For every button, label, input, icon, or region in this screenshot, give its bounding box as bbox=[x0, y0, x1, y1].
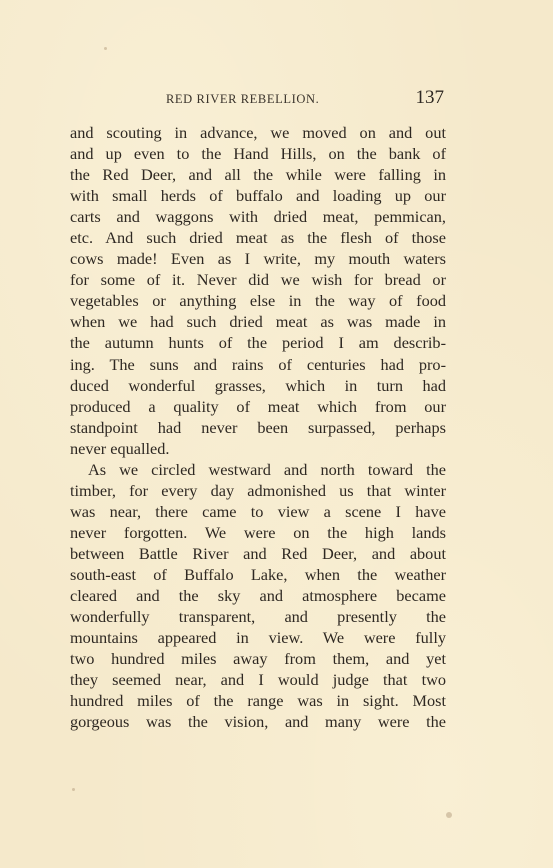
running-head: RED RIVER REBELLION. 137 bbox=[70, 88, 446, 112]
text-line: was near, there came to view a scene I h… bbox=[70, 501, 446, 522]
text-line: gorgeous was the vision, and many were t… bbox=[70, 711, 446, 732]
paragraph-2: As we circled westward and north toward … bbox=[70, 459, 446, 733]
text-line: cows made! Even as I write, my mouth wat… bbox=[70, 248, 446, 269]
text-line: never equalled. bbox=[70, 438, 446, 459]
text-line: carts and waggons with dried meat, pemmi… bbox=[70, 206, 446, 227]
text-line: As we circled westward and north toward … bbox=[70, 459, 446, 480]
text-line: the Red Deer, and all the while were fal… bbox=[70, 164, 446, 185]
text-line: and up even to the Hand Hills, on the ba… bbox=[70, 143, 446, 164]
paper-speck bbox=[72, 788, 75, 791]
body-text: and scouting in advance, we moved on and… bbox=[70, 122, 446, 732]
text-line: ing. The suns and rains of centuries had… bbox=[70, 354, 446, 375]
text-line: never forgotten. We were on the high lan… bbox=[70, 522, 446, 543]
text-line: cleared and the sky and atmosphere becam… bbox=[70, 585, 446, 606]
text-line: etc. And such dried meat as the flesh of… bbox=[70, 227, 446, 248]
text-line: the autumn hunts of the period I am desc… bbox=[70, 332, 446, 353]
paper-speck bbox=[104, 47, 107, 50]
text-line: standpoint had never been surpassed, per… bbox=[70, 417, 446, 438]
text-line: between Battle River and Red Deer, and a… bbox=[70, 543, 446, 564]
text-line: two hundred miles away from them, and ye… bbox=[70, 648, 446, 669]
text-line: and scouting in advance, we moved on and… bbox=[70, 122, 446, 143]
text-line: when we had such dried meat as was made … bbox=[70, 311, 446, 332]
running-title: RED RIVER REBELLION. bbox=[166, 92, 319, 107]
book-page: RED RIVER REBELLION. 137 and scouting in… bbox=[0, 0, 553, 868]
text-line: with small herds of buffalo and loading … bbox=[70, 185, 446, 206]
paragraph-1: and scouting in advance, we moved on and… bbox=[70, 122, 446, 459]
text-line: south-east of Buffalo Lake, when the wea… bbox=[70, 564, 446, 585]
text-line: they seemed near, and I would judge that… bbox=[70, 669, 446, 690]
text-line: duced wonderful grasses, which in turn h… bbox=[70, 375, 446, 396]
text-line: hundred miles of the range was in sight.… bbox=[70, 690, 446, 711]
text-line: vegetables or anything else in the way o… bbox=[70, 290, 446, 311]
text-line: timber, for every day admonished us that… bbox=[70, 480, 446, 501]
page-number: 137 bbox=[416, 87, 445, 109]
text-line: wonderfully transparent, and presently t… bbox=[70, 606, 446, 627]
text-line: produced a quality of meat which from ou… bbox=[70, 396, 446, 417]
paper-speck bbox=[446, 812, 452, 818]
text-line: mountains appeared in view. We were full… bbox=[70, 627, 446, 648]
text-line: for some of it. Never did we wish for br… bbox=[70, 269, 446, 290]
